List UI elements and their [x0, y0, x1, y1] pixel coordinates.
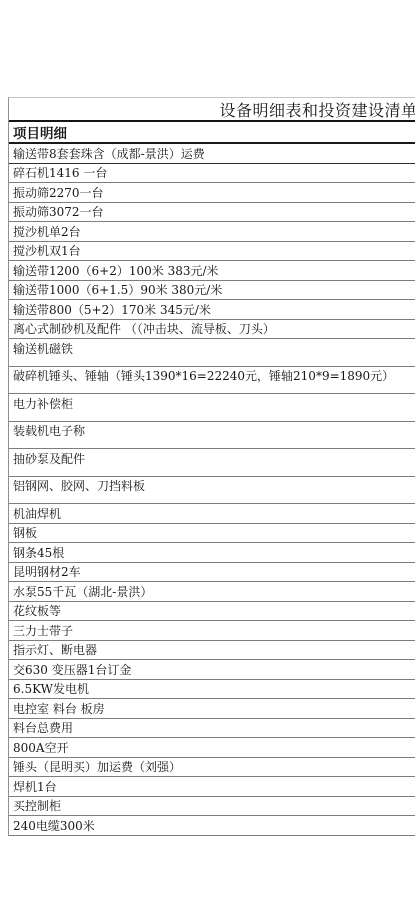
table-row: 电控室 料台 板房 [9, 699, 415, 719]
row-label: 输送机磁铁 [13, 342, 73, 356]
row-label: 输送带8套套珠含（成都-景洪）运费 [13, 147, 205, 161]
row-label: 抽砂泵及配件 [13, 452, 85, 466]
equipment-table: 设备明细表和投资建设清单 项目明细 输送带8套套珠含（成都-景洪）运费 碎石机1… [8, 97, 415, 836]
row-label: 花纹板等 [13, 604, 61, 618]
table-row: 破碎机锤头、锤轴（锤头1390*16=22240元，锤轴210*9=1890元） [9, 367, 415, 395]
row-label: 铝钢网、胶网、刀挡料板 [13, 479, 145, 493]
row-label: 装载机电子称 [13, 424, 85, 438]
table-row: 搅沙机双1台 [9, 242, 415, 262]
row-label: 锤头（昆明买）加运费（刘强） [13, 760, 181, 774]
table-row: 昆明钢材2车 [9, 563, 415, 583]
table-row: 搅沙机单2台 [9, 222, 415, 242]
table-row: 电力补偿柜 [9, 394, 415, 422]
table-row: 输送带8套套珠含（成都-景洪）运费 [9, 144, 415, 164]
table-title-row: 设备明细表和投资建设清单 [9, 98, 415, 122]
row-label: 焊机1台 [13, 780, 57, 794]
row-label: 碎石机1416 一台 [13, 166, 107, 180]
table-row: 装载机电子称 [9, 422, 415, 450]
table-row: 输送带1200（6+2）100米 383元/米 [9, 261, 415, 281]
table-row: 交630 变压器1台订金 [9, 660, 415, 680]
table-row: 振动筛2270一台 [9, 183, 415, 203]
table-row: 焊机1台 [9, 777, 415, 797]
table-row: 抽砂泵及配件 [9, 449, 415, 477]
table-row: 锤头（昆明买）加运费（刘强） [9, 758, 415, 778]
table-row: 碎石机1416 一台 [9, 164, 415, 184]
row-label: 输送带1200（6+2）100米 383元/米 [13, 264, 219, 278]
table-row: 钢板 [9, 524, 415, 544]
table-header-row: 项目明细 [9, 122, 415, 144]
row-label: 输送带1000（6+1.5）90米 380元/米 [13, 283, 222, 297]
table-row: 铝钢网、胶网、刀挡料板 [9, 477, 415, 505]
table-row: 6.5KW发电机 [9, 680, 415, 700]
table-row: 240电缆300米 [9, 816, 415, 836]
row-label: 钢条45根 [13, 546, 64, 560]
row-label: 800A空开 [13, 741, 69, 755]
table-body: 输送带8套套珠含（成都-景洪）运费 碎石机1416 一台 振动筛2270一台 振… [9, 144, 415, 836]
table-row: 输送带1000（6+1.5）90米 380元/米 [9, 281, 415, 301]
row-label: 输送带800（5+2）170米 345元/米 [13, 303, 211, 317]
row-label: 6.5KW发电机 [13, 682, 89, 696]
table-row: 三力士带子 [9, 621, 415, 641]
row-label: 搅沙机单2台 [13, 225, 81, 239]
row-label: 买控制柜 [13, 799, 61, 813]
document-page: 设备明细表和投资建设清单 项目明细 输送带8套套珠含（成都-景洪）运费 碎石机1… [0, 0, 415, 900]
row-label: 料台总费用 [13, 721, 73, 735]
row-label: 水泵55千瓦（湖北-景洪） [13, 585, 152, 599]
row-label: 交630 变压器1台订金 [13, 663, 131, 677]
row-label: 振动筛2270一台 [13, 186, 104, 200]
row-label: 电力补偿柜 [13, 397, 73, 411]
table-row: 指示灯、断电器 [9, 641, 415, 661]
column-header-project-detail: 项目明细 [13, 122, 67, 142]
table-row: 800A空开 [9, 738, 415, 758]
row-label: 振动筛3072一台 [13, 205, 104, 219]
row-label: 搅沙机双1台 [13, 244, 81, 258]
row-label: 电控室 料台 板房 [13, 702, 105, 716]
row-label: 指示灯、断电器 [13, 643, 97, 657]
table-row: 机油焊机 [9, 504, 415, 524]
table-row: 输送带800（5+2）170米 345元/米 [9, 300, 415, 320]
table-row: 钢条45根 [9, 543, 415, 563]
table-row: 花纹板等 [9, 602, 415, 622]
table-row: 离心式制砂机及配件 （（冲击块、流导板、刀头） [9, 320, 415, 340]
table-row: 料台总费用 [9, 719, 415, 739]
row-label: 三力士带子 [13, 624, 73, 638]
row-label: 机油焊机 [13, 507, 61, 521]
table-row: 输送机磁铁 [9, 339, 415, 367]
row-label: 240电缆300米 [13, 819, 95, 833]
row-label: 离心式制砂机及配件 （（冲击块、流导板、刀头） [13, 322, 275, 336]
row-label: 破碎机锤头、锤轴（锤头1390*16=22240元，锤轴210*9=1890元） [13, 369, 394, 383]
row-label: 钢板 [13, 526, 37, 540]
row-label: 昆明钢材2车 [13, 565, 81, 579]
table-row: 水泵55千瓦（湖北-景洪） [9, 582, 415, 602]
table-row: 买控制柜 [9, 797, 415, 817]
table-row: 振动筛3072一台 [9, 203, 415, 223]
table-title: 设备明细表和投资建设清单 [219, 98, 415, 121]
